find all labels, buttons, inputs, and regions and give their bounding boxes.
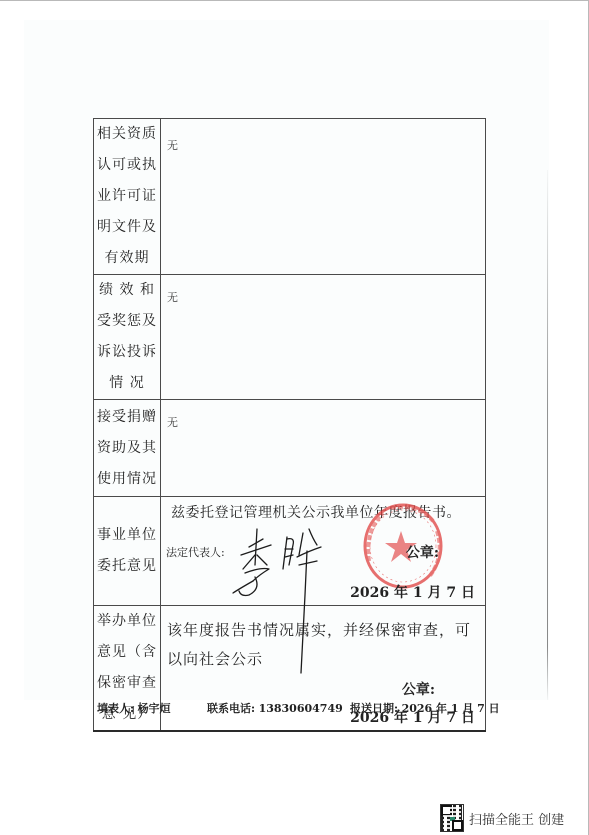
- donations-value: 无: [167, 414, 178, 430]
- row-value: 兹委托登记管理机关公示我单位年度报告书。 法定代表人:: [161, 497, 486, 606]
- table-row-unit-entrust: 事业单位 委托意见 兹委托登记管理机关公示我单位年度报告书。 法定代表人:: [94, 497, 486, 606]
- table-row-performance: 绩 效 和 受奖惩及 诉讼投诉 情 况 无: [94, 275, 486, 400]
- row-label: 绩 效 和 受奖惩及 诉讼投诉 情 况: [94, 275, 161, 400]
- row-value: 无: [161, 400, 486, 497]
- table-row-qualification: 相关资质 认可或执 业许可证 明文件及 有效期 无: [94, 119, 486, 275]
- performance-value: 无: [167, 289, 178, 305]
- watermark-text: 扫描全能王 创建: [469, 809, 564, 828]
- entrust-date: 2026 年 1 月 7 日: [350, 582, 475, 602]
- annual-report-table: 相关资质 认可或执 业许可证 明文件及 有效期 无 绩 效 和 受奖惩及 诉讼投…: [93, 118, 486, 732]
- legal-representative-label: 法定代表人:: [166, 544, 225, 560]
- seal-label: 公章:: [406, 542, 439, 562]
- table-row-donations: 接受捐赠 资助及其 使用情况 无: [94, 400, 486, 497]
- sponsor-opinion-text: 该年度报告书情况属实，并经保密审查，可以向社会公示: [167, 616, 479, 674]
- filler-name: 杨宇烜: [138, 702, 171, 715]
- row-label: 相关资质 认可或执 业许可证 明文件及 有效期: [94, 119, 161, 275]
- row-label: 事业单位 委托意见: [94, 497, 161, 606]
- scan-edge-line: [547, 170, 548, 700]
- filler-info: 填表人: 杨宇烜: [97, 700, 171, 716]
- sponsor-opinion-date: 2026 年 1 月 7 日: [350, 707, 475, 727]
- qualification-value: 无: [167, 137, 178, 153]
- entrust-statement: 兹委托登记管理机关公示我单位年度报告书。: [171, 502, 461, 522]
- row-label: 接受捐赠 资助及其 使用情况: [94, 400, 161, 497]
- seal-label: 公章:: [402, 679, 435, 699]
- phone-number: 13830604749: [259, 702, 343, 715]
- phone-info: 联系电话: 13830604749: [207, 700, 343, 716]
- scanner-watermark: 扫描全能王 创建: [440, 803, 564, 833]
- row-value: 无: [161, 275, 486, 400]
- row-value: 无: [161, 119, 486, 275]
- qr-code-icon: [440, 804, 464, 832]
